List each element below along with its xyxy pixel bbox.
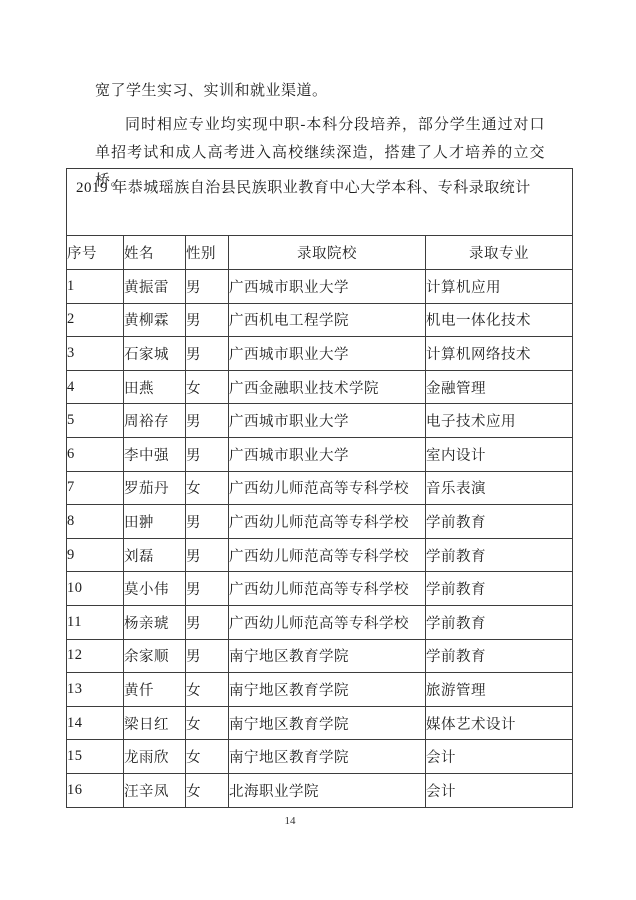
body-paragraph-1: 宽了学生实习、实训和就业渠道。: [95, 77, 328, 105]
cell-serial: 15: [67, 740, 124, 774]
cell-major: 电子技术应用: [426, 404, 573, 438]
cell-gender: 女: [186, 773, 229, 807]
column-header-serial: 序号: [67, 236, 124, 270]
cell-serial: 7: [67, 471, 124, 505]
cell-major: 计算机网络技术: [426, 337, 573, 371]
cell-major: 学前教育: [426, 639, 573, 673]
cell-name: 梁日红: [124, 706, 186, 740]
table-row: 10莫小伟男广西幼儿师范高等专科学校学前教育: [67, 572, 573, 606]
table-row: 6李中强男广西城市职业大学室内设计: [67, 437, 573, 471]
cell-name: 黄仟: [124, 673, 186, 707]
cell-serial: 12: [67, 639, 124, 673]
cell-school: 广西幼儿师范高等专科学校: [229, 505, 426, 539]
cell-name: 罗茄丹: [124, 471, 186, 505]
cell-major: 金融管理: [426, 370, 573, 404]
cell-serial: 14: [67, 706, 124, 740]
table-row: 13黄仟女南宁地区教育学院旅游管理: [67, 673, 573, 707]
table-row: 2黄柳霖男广西机电工程学院机电一体化技术: [67, 303, 573, 337]
cell-school: 南宁地区教育学院: [229, 740, 426, 774]
table-header-row: 序号姓名性别录取院校录取专业: [67, 236, 573, 270]
cell-name: 刘磊: [124, 538, 186, 572]
cell-gender: 男: [186, 505, 229, 539]
cell-name: 田燕: [124, 370, 186, 404]
column-header-gender: 性别: [186, 236, 229, 270]
table-row: 9刘磊男广西幼儿师范高等专科学校学前教育: [67, 538, 573, 572]
cell-school: 广西幼儿师范高等专科学校: [229, 572, 426, 606]
cell-gender: 男: [186, 404, 229, 438]
cell-gender: 男: [186, 303, 229, 337]
cell-gender: 女: [186, 706, 229, 740]
cell-major: 旅游管理: [426, 673, 573, 707]
cell-school: 广西幼儿师范高等专科学校: [229, 605, 426, 639]
cell-gender: 男: [186, 572, 229, 606]
cell-serial: 8: [67, 505, 124, 539]
admissions-table: 2019 年恭城瑶族自治县民族职业教育中心大学本科、专科录取统计 序号姓名性别录…: [66, 168, 573, 808]
cell-school: 广西城市职业大学: [229, 404, 426, 438]
cell-major: 学前教育: [426, 538, 573, 572]
document-page: 宽了学生实习、实训和就业渠道。 同时相应专业均实现中职-本科分段培养，部分学生通…: [0, 0, 636, 900]
cell-name: 黄柳霖: [124, 303, 186, 337]
cell-gender: 男: [186, 538, 229, 572]
table-row: 5周裕存男广西城市职业大学电子技术应用: [67, 404, 573, 438]
cell-school: 广西机电工程学院: [229, 303, 426, 337]
cell-serial: 9: [67, 538, 124, 572]
cell-serial: 16: [67, 773, 124, 807]
table-row: 16汪辛凤女北海职业学院会计: [67, 773, 573, 807]
cell-serial: 1: [67, 270, 124, 304]
cell-gender: 女: [186, 370, 229, 404]
table-row: 12余家顺男南宁地区教育学院学前教育: [67, 639, 573, 673]
cell-school: 南宁地区教育学院: [229, 706, 426, 740]
cell-school: 广西城市职业大学: [229, 437, 426, 471]
cell-name: 黄振雷: [124, 270, 186, 304]
cell-major: 计算机应用: [426, 270, 573, 304]
cell-school: 南宁地区教育学院: [229, 673, 426, 707]
table-row: 14梁日红女南宁地区教育学院媒体艺术设计: [67, 706, 573, 740]
cell-serial: 6: [67, 437, 124, 471]
cell-serial: 10: [67, 572, 124, 606]
cell-school: 广西城市职业大学: [229, 270, 426, 304]
cell-gender: 女: [186, 740, 229, 774]
cell-name: 杨亲琥: [124, 605, 186, 639]
cell-name: 莫小伟: [124, 572, 186, 606]
cell-gender: 男: [186, 270, 229, 304]
cell-gender: 男: [186, 437, 229, 471]
cell-name: 李中强: [124, 437, 186, 471]
cell-name: 田翀: [124, 505, 186, 539]
cell-name: 汪辛凤: [124, 773, 186, 807]
cell-name: 石家城: [124, 337, 186, 371]
cell-serial: 11: [67, 605, 124, 639]
table-title: 2019 年恭城瑶族自治县民族职业教育中心大学本科、专科录取统计: [67, 169, 573, 236]
cell-name: 龙雨欣: [124, 740, 186, 774]
cell-gender: 男: [186, 337, 229, 371]
column-header-name: 姓名: [124, 236, 186, 270]
page-number: 14: [270, 815, 310, 827]
cell-school: 南宁地区教育学院: [229, 639, 426, 673]
cell-major: 音乐表演: [426, 471, 573, 505]
cell-name: 周裕存: [124, 404, 186, 438]
cell-school: 北海职业学院: [229, 773, 426, 807]
cell-major: 媒体艺术设计: [426, 706, 573, 740]
cell-major: 学前教育: [426, 572, 573, 606]
cell-school: 广西幼儿师范高等专科学校: [229, 538, 426, 572]
table-row: 3石家城男广西城市职业大学计算机网络技术: [67, 337, 573, 371]
cell-major: 室内设计: [426, 437, 573, 471]
column-header-major: 录取专业: [426, 236, 573, 270]
cell-major: 学前教育: [426, 505, 573, 539]
table-title-row: 2019 年恭城瑶族自治县民族职业教育中心大学本科、专科录取统计: [67, 169, 573, 236]
cell-serial: 13: [67, 673, 124, 707]
cell-major: 学前教育: [426, 605, 573, 639]
cell-serial: 4: [67, 370, 124, 404]
cell-major: 会计: [426, 740, 573, 774]
cell-school: 广西金融职业技术学院: [229, 370, 426, 404]
table-row: 4田燕女广西金融职业技术学院金融管理: [67, 370, 573, 404]
table-row: 8田翀男广西幼儿师范高等专科学校学前教育: [67, 505, 573, 539]
cell-gender: 女: [186, 471, 229, 505]
cell-major: 机电一体化技术: [426, 303, 573, 337]
table-row: 15龙雨欣女南宁地区教育学院会计: [67, 740, 573, 774]
cell-serial: 3: [67, 337, 124, 371]
column-header-school: 录取院校: [229, 236, 426, 270]
cell-serial: 5: [67, 404, 124, 438]
cell-name: 余家顺: [124, 639, 186, 673]
cell-serial: 2: [67, 303, 124, 337]
cell-gender: 女: [186, 673, 229, 707]
cell-gender: 男: [186, 639, 229, 673]
cell-gender: 男: [186, 605, 229, 639]
table-row: 1黄振雷男广西城市职业大学计算机应用: [67, 270, 573, 304]
cell-school: 广西城市职业大学: [229, 337, 426, 371]
table-row: 11杨亲琥男广西幼儿师范高等专科学校学前教育: [67, 605, 573, 639]
table-row: 7罗茄丹女广西幼儿师范高等专科学校音乐表演: [67, 471, 573, 505]
cell-school: 广西幼儿师范高等专科学校: [229, 471, 426, 505]
cell-major: 会计: [426, 773, 573, 807]
